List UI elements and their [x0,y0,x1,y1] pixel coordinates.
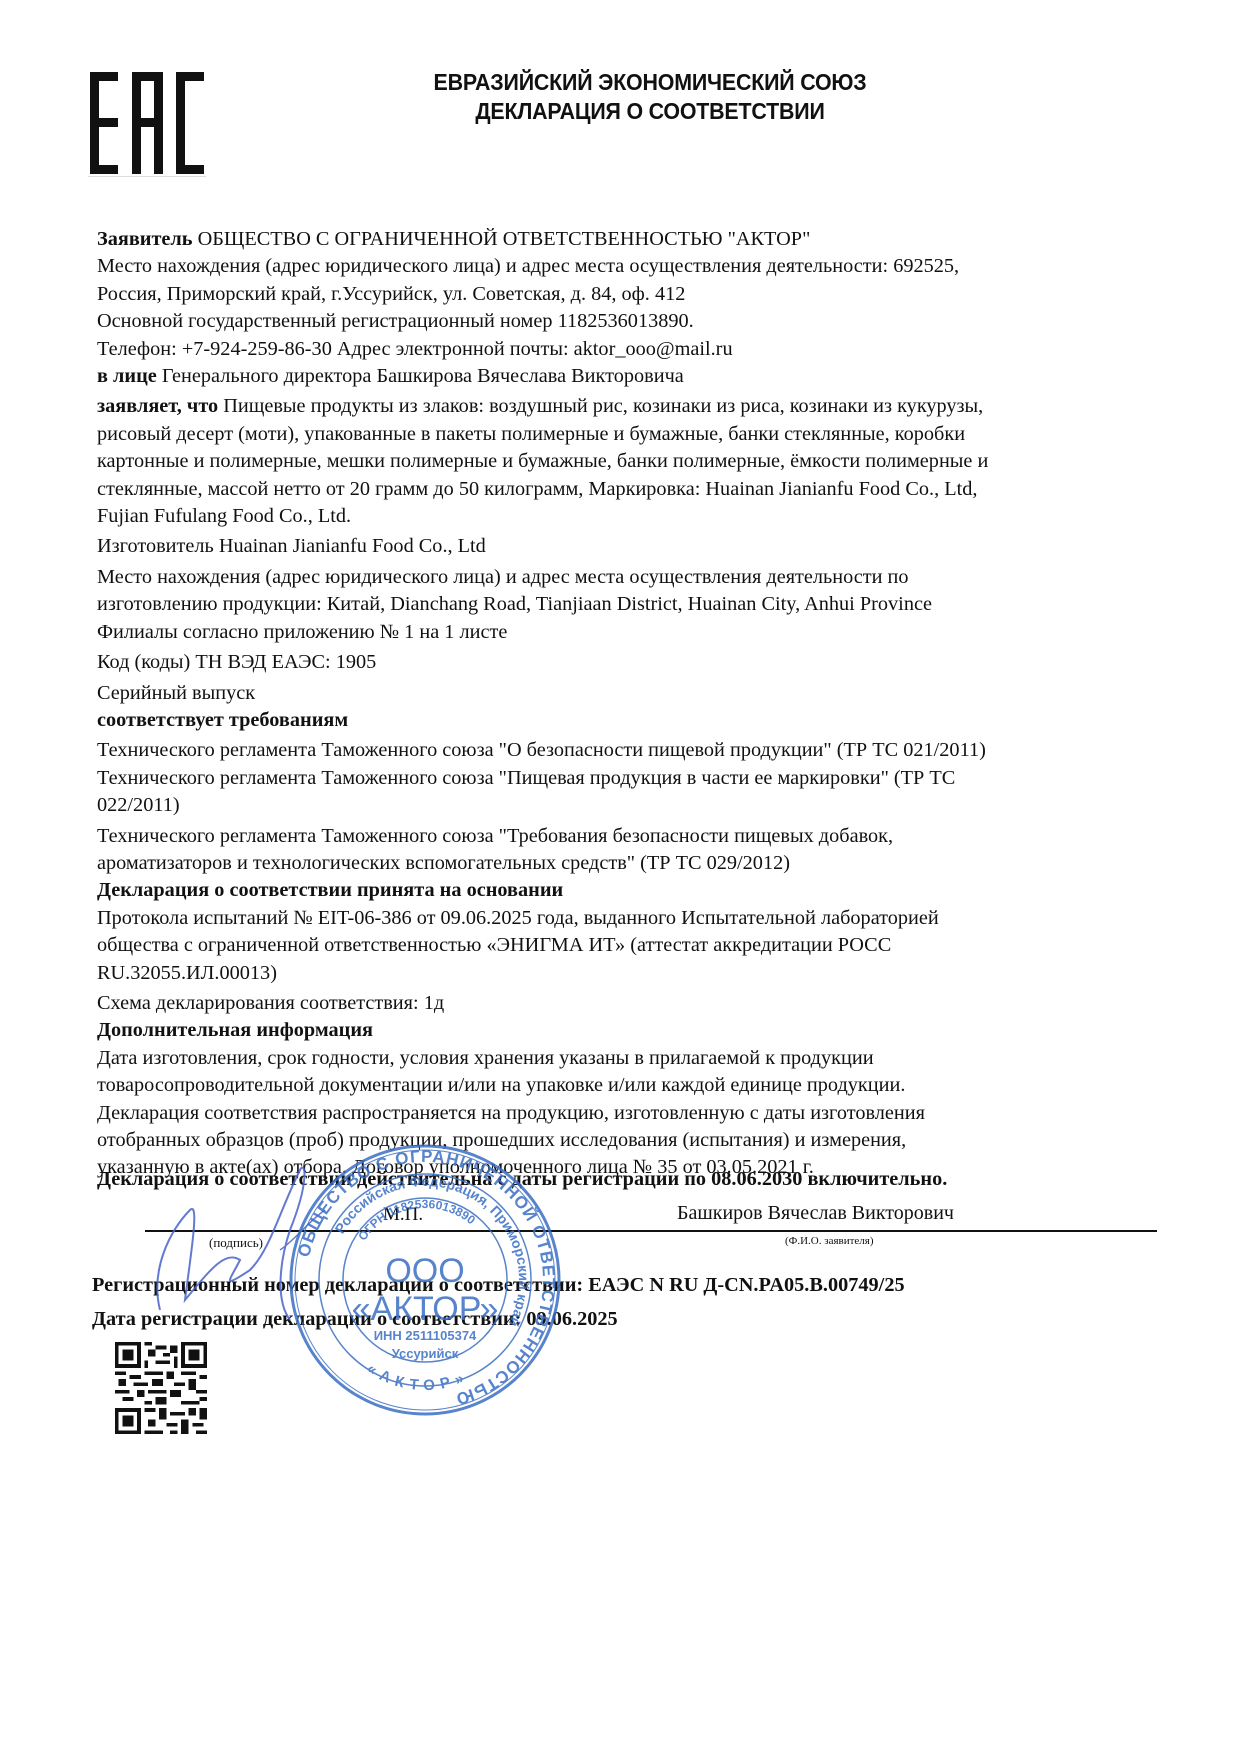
applicant-address-1: Место нахождения (адрес юридического лиц… [97,253,1157,280]
branches-line: Филиалы согласно приложению № 1 на 1 лис… [97,619,1157,646]
basis-label: Декларация о соответствии принята на осн… [97,877,1157,904]
requirement-line-1: Технического регламента Таможенного союз… [97,765,1157,792]
signature-caption: (подпись) [209,1235,263,1251]
document-header: ЕВРАЗИЙСКИЙ ЭКОНОМИЧЕСКИЙ СОЮЗ ДЕКЛАРАЦИ… [325,68,976,126]
svg-text:Уссурийск: Уссурийск [392,1346,459,1361]
additional-line-1: товаросопроводительной документации и/ил… [97,1072,1157,1099]
requirement-line-4: ароматизаторов и технологических вспомог… [97,850,1157,877]
declares-line-2: картонные и полимерные, мешки полимерные… [97,448,1157,475]
union-title: ЕВРАЗИЙСКИЙ ЭКОНОМИЧЕСКИЙ СОЮЗ [325,68,976,97]
svg-text:«АКТОР»: «АКТОР» [364,1360,472,1394]
basis-line-2: RU.32055.ИЛ.00013) [97,960,1157,987]
representative-label: в лице [97,365,157,387]
declares-line-1: рисовый десерт (моти), упакованные в пак… [97,421,1157,448]
requirement-line-3: Технического регламента Таможенного союз… [97,823,1157,850]
name-caption: (Ф.И.О. заявителя) [785,1235,874,1247]
declares-line-0: заявляет, что Пищевые продукты из злаков… [97,393,1157,420]
requirement-line-2: 022/2011) [97,792,1157,819]
signature-line [145,1230,1157,1232]
applicant-address-2: Россия, Приморский край, г.Уссурийск, ул… [97,281,1157,308]
representative-name: Генерального директора Башкирова Вячесла… [162,365,684,387]
declares-line-3: стеклянные, массой нетто от 20 грамм до … [97,476,1157,503]
representative-line: в лице Генерального директора Башкирова … [97,363,1157,390]
declares-line-4: Fujian Fufulang Food Co., Ltd. [97,503,1157,530]
signer-name: Башкиров Вячеслав Викторович [677,1202,954,1225]
eac-mark-icon [88,68,206,178]
requirements-label: соответствует требованиям [97,707,1157,734]
production-type: Серийный выпуск [97,680,1157,707]
logo-divider [88,176,206,177]
seal-placeholder: М.П. [383,1204,423,1226]
applicant-ogrn: Основной государственный регистрационный… [97,308,1157,335]
requirement-line-0: Технического регламента Таможенного союз… [97,737,1157,764]
manufacturer-address-1: Место нахождения (адрес юридического лиц… [97,564,1157,591]
applicant-contacts: Телефон: +7-924-259-86-30 Адрес электрон… [97,336,1157,363]
basis-line-0: Протокола испытаний № EIT-06-386 от 09.0… [97,905,1157,932]
declaration-title: ДЕКЛАРАЦИЯ О СООТВЕТСТВИИ [325,97,976,126]
applicant-line: Заявитель ОБЩЕСТВО С ОГРАНИЧЕННОЙ ОТВЕТС… [97,226,1157,253]
additional-label: Дополнительная информация [97,1017,1157,1044]
signature-block: М.П. Башкиров Вячеслав Викторович (подпи… [145,1196,1157,1256]
declares-label: заявляет, что [97,395,218,417]
qr-code-icon[interactable] [115,1342,207,1434]
validity-statement: Декларация о соответствии действительна … [97,1168,947,1191]
applicant-name: ОБЩЕСТВО С ОГРАНИЧЕННОЙ ОТВЕТСТВЕННОСТЬЮ… [198,228,811,250]
basis-line-1: общества с ограниченной ответственностью… [97,932,1157,959]
tn-ved-code: Код (коды) ТН ВЭД ЕАЭС: 1905 [97,649,1157,676]
manufacturer-address-2: изготовлению продукции: Китай, Dianchang… [97,591,1157,618]
manufacturer-line: Изготовитель Huainan Jianianfu Food Co.,… [97,533,1157,560]
additional-line-3: отобранных образцов (проб) продукции, пр… [97,1127,1157,1154]
declaration-body: Заявитель ОБЩЕСТВО С ОГРАНИЧЕННОЙ ОТВЕТС… [97,226,1157,1182]
declaration-scheme: Схема декларирования соответствия: 1д [97,990,1157,1017]
applicant-label: Заявитель [97,228,193,250]
additional-line-0: Дата изготовления, срок годности, услови… [97,1045,1157,1072]
registration-date: Дата регистрации декларации о соответств… [92,1308,618,1331]
additional-line-2: Декларация соответствия распространяется… [97,1100,1157,1127]
registration-number: Регистрационный номер декларации о соотв… [92,1274,905,1297]
